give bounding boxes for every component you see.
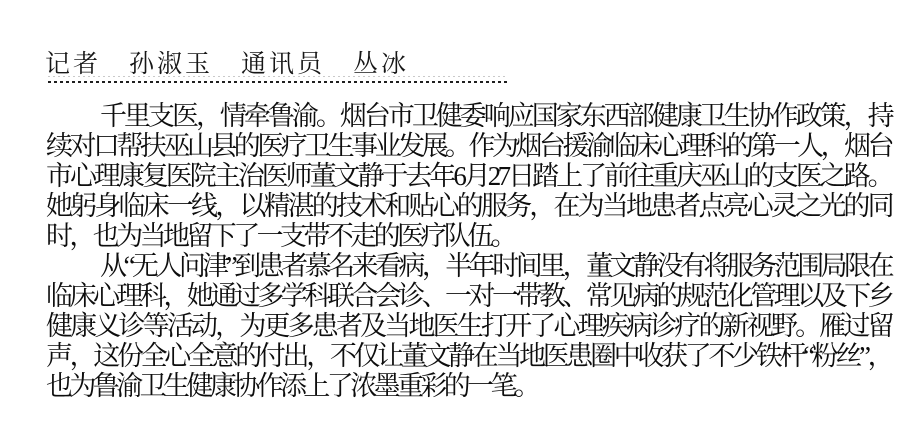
scanned-article-page: 记者 孙淑玉 通讯员 丛冰 千里支医，情牵鲁渝。烟台市卫健委响应国家东西部健康卫… [0, 0, 920, 422]
byline: 记者 孙淑玉 通讯员 丛冰 [45, 44, 409, 80]
dotted-separator [48, 76, 510, 83]
paragraph-2: 从“无人问津”到患者慕名来看病，半年时间里，董文静没有将服务范围局限在临床心理科… [46, 251, 891, 401]
article-body: 千里支医，情牵鲁渝。烟台市卫健委响应国家东西部健康卫生协作政策，持续对口帮扶巫山… [46, 101, 891, 401]
paragraph-1: 千里支医，情牵鲁渝。烟台市卫健委响应国家东西部健康卫生协作政策，持续对口帮扶巫山… [46, 101, 891, 251]
dotted-separator-shadow [48, 76, 506, 77]
dotted-separator-line [48, 81, 510, 83]
